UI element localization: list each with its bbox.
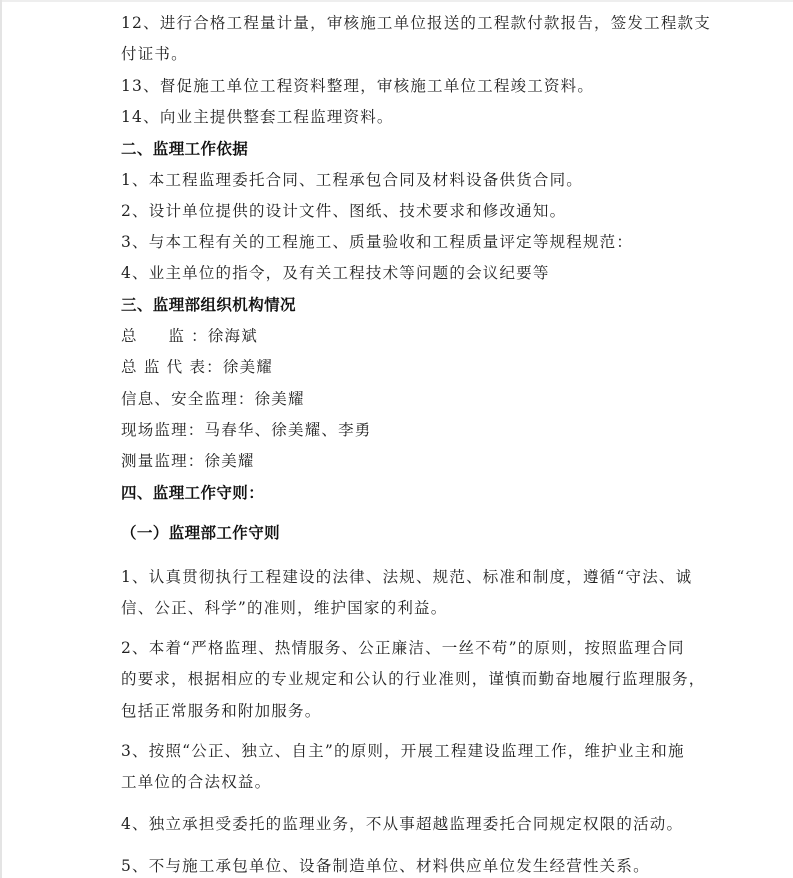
subsection-heading-dept-rules: （一）监理部工作守则: [121, 524, 280, 542]
section-heading-rules: 四、监理工作守则：: [121, 484, 264, 502]
rule-item-5: 5、不与施工承包单位、设备制造单位、材料供应单位发生经营性关系。: [121, 857, 650, 875]
rule-item-2-continued-2: 包括正常服务和附加服务。: [121, 702, 321, 720]
section-heading-organization: 三、监理部组织机构情况: [121, 296, 296, 314]
list-item-12-continued: 付证书。: [121, 45, 188, 63]
list-item-14: 14、向业主提供整套工程监理资料。: [121, 108, 394, 126]
basis-item-1: 1、本工程监理委托合同、工程承包合同及材料设备供货合同。: [121, 171, 583, 189]
staff-chief-representative: 总 监 代 表：徐美耀: [121, 358, 273, 376]
rule-item-1: 1、认真贯彻执行工程建设的法律、法规、规范、标准和制度，遵循“守法、诚: [121, 568, 692, 586]
rule-item-2-continued: 的要求，根据相应的专业规定和公认的行业准则，谨慎而勤奋地履行监理服务，: [121, 670, 706, 688]
staff-info-safety: 信息、安全监理：徐美耀: [121, 390, 305, 408]
staff-survey: 测量监理：徐美耀: [121, 452, 255, 470]
staff-chief-supervisor: 总 监 ：徐海斌: [121, 327, 258, 345]
basis-item-3: 3、与本工程有关的工程施工、质量验收和工程质量评定等规程规范：: [121, 233, 633, 251]
basis-item-2: 2、设计单位提供的设计文件、图纸、技术要求和修改通知。: [121, 202, 566, 220]
rule-item-2: 2、本着“严格监理、热情服务、公正廉洁、一丝不苟”的原则，按照监理合同: [121, 639, 685, 657]
rule-item-3: 3、按照“公正、独立、自主”的原则，开展工程建设监理工作，维护业主和施: [121, 742, 685, 760]
rule-item-4: 4、独立承担受委托的监理业务，不从事超越监理委托合同规定权限的活动。: [121, 815, 683, 833]
list-item-12: 12、进行合格工程量计量，审核施工单位报送的工程款付款报告，签发工程款支: [121, 14, 711, 32]
list-item-13: 13、督促施工单位工程资料整理，审核施工单位工程竣工资料。: [121, 77, 594, 95]
rule-item-3-continued: 工单位的合法权益。: [121, 773, 271, 791]
page-left-edge: [0, 0, 2, 878]
rule-item-1-continued: 信、公正、科学”的准则，维护国家的利益。: [121, 599, 447, 617]
section-heading-basis: 二、监理工作依据: [121, 140, 248, 158]
basis-item-4: 4、业主单位的指令，及有关工程技术等问题的会议纪要等: [121, 264, 550, 282]
staff-site: 现场监理：马春华、徐美耀、李勇: [121, 421, 372, 439]
page-top-edge: [0, 0, 793, 2]
